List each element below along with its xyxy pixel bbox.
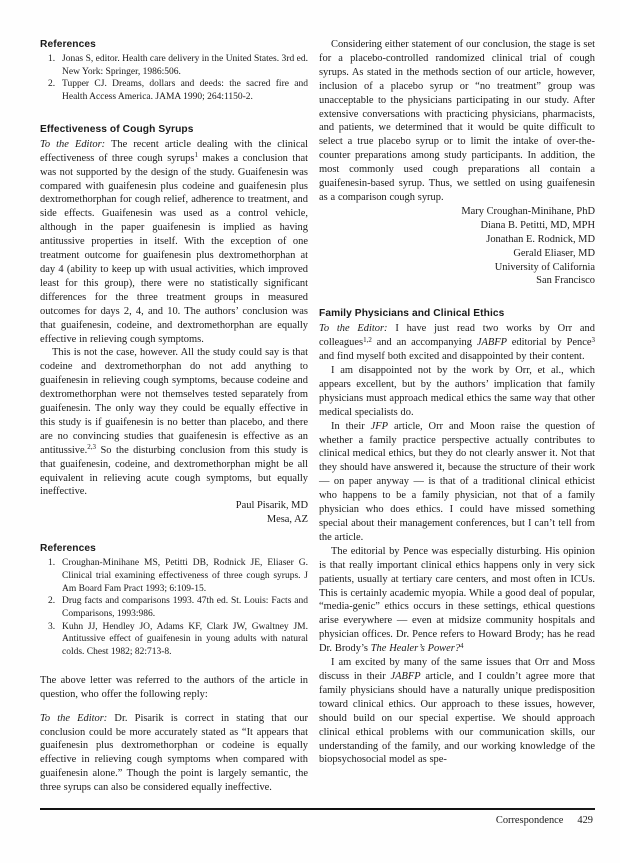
journal-title-italic: JABFP [477,337,507,348]
superscript-citation: 4 [460,642,464,650]
signature-name: Diana B. Petitti, MD, MPH [319,219,595,233]
spacer [40,104,308,123]
reference-text: Drug facts and comparisons 1993. 47th ed… [62,595,308,620]
signature-affiliation: University of California [319,261,595,275]
signature-block: Mary Croughan-Minihane, PhD Diana B. Pet… [319,205,595,288]
footer-section-label: Correspondence [496,815,564,826]
references-list-top: 1. Jonas S, editor. Health care delivery… [40,53,308,104]
signature-block: Paul Pisarik, MD Mesa, AZ [40,499,308,527]
spacer [40,702,308,712]
paragraph-text: Dr. Pisarik is correct in stating that o… [40,713,308,794]
footer-rule [40,808,595,810]
signature-name: Jonathan E. Rodnick, MD [319,233,595,247]
paragraph-text: editorial by Pence [507,337,592,348]
letter-paragraph: The editorial by Pence was especially di… [319,545,595,656]
spacer [40,527,308,542]
paragraph-text: This is not the case, however. All the s… [40,347,308,455]
references-heading-bottom: References [40,542,308,555]
paragraph-text: article, Orr and Moon raise the question… [319,421,595,543]
reference-item: 2. Drug facts and comparisons 1993. 47th… [40,595,308,620]
signature-name: Paul Pisarik, MD [40,499,308,513]
book-title-italic: The Healer’s Power? [371,643,460,654]
letter-paragraph: To the Editor: The recent article dealin… [40,138,308,347]
reference-item: 1. Croughan-Minihane MS, Petitti DB, Rod… [40,557,308,595]
letter-heading-cough-syrups: Effectiveness of Cough Syrups [40,123,308,136]
right-column: Considering either statement of our conc… [319,38,595,795]
reference-number: 2. [48,78,62,103]
journal-page: References 1. Jonas S, editor. Health ca… [0,0,620,863]
reference-text: Tupper CJ. Dreams, dollars and deeds: th… [62,78,308,103]
superscript-citation: 3 [592,336,596,344]
editor-note: The above letter was referred to the aut… [40,674,308,702]
signature-location: Mesa, AZ [40,513,308,527]
journal-title-italic: JFP [371,421,388,432]
left-column: References 1. Jonas S, editor. Health ca… [40,38,308,795]
reply-paragraph: To the Editor: Dr. Pisarik is correct in… [40,712,308,795]
references-heading-top: References [40,38,308,51]
spacer [40,659,308,674]
paragraph-text: and find myself both excited and disappo… [319,351,585,362]
reference-text: Jonas S, editor. Health care delivery in… [62,53,308,78]
salutation: To the Editor: [40,713,107,724]
paragraph-text: The editorial by Pence was especially di… [319,546,595,654]
signature-location: San Francisco [319,274,595,288]
reference-number: 1. [48,557,62,595]
reference-number: 3. [48,621,62,659]
reference-item: 2. Tupper CJ. Dreams, dollars and deeds:… [40,78,308,103]
letter-paragraph: To the Editor: I have just read two work… [319,322,595,364]
reference-text: Croughan-Minihane MS, Petitti DB, Rodnic… [62,557,308,595]
page-number: 429 [577,815,593,826]
reference-text: Kuhn JJ, Hendley JO, Adams KF, Clark JW,… [62,621,308,659]
references-list-bottom: 1. Croughan-Minihane MS, Petitti DB, Rod… [40,557,308,659]
reference-number: 2. [48,595,62,620]
letter-paragraph: I am disappointed not by the work by Orr… [319,364,595,420]
paragraph-text: article, and I couldn’t agree more that … [319,671,595,765]
reply-continuation-paragraph: Considering either statement of our conc… [319,38,595,205]
paragraph-text: and an accompanying [372,337,477,348]
letter-paragraph: This is not the case, however. All the s… [40,346,308,499]
reference-item: 3. Kuhn JJ, Hendley JO, Adams KF, Clark … [40,621,308,659]
salutation: To the Editor: [319,323,388,334]
paragraph-text: In their [331,421,371,432]
reference-number: 1. [48,53,62,78]
salutation: To the Editor: [40,139,105,150]
signature-name: Gerald Eliaser, MD [319,247,595,261]
footer: Correspondence429 [496,815,593,826]
letter-paragraph: In their JFP article, Orr and Moon raise… [319,420,595,545]
paragraph-text: makes a conclusion that was not supporte… [40,153,308,345]
superscript-citation: 1 [194,151,198,159]
two-column-layout: References 1. Jonas S, editor. Health ca… [0,0,620,795]
spacer [319,288,595,307]
letter-heading-clinical-ethics: Family Physicians and Clinical Ethics [319,307,595,320]
signature-name: Mary Croughan-Minihane, PhD [319,205,595,219]
journal-title-italic: JABFP [390,671,420,682]
superscript-citation: 1,2 [363,336,372,344]
letter-paragraph: I am excited by many of the same issues … [319,656,595,767]
superscript-citation: 2,3 [87,443,96,451]
reference-item: 1. Jonas S, editor. Health care delivery… [40,53,308,78]
